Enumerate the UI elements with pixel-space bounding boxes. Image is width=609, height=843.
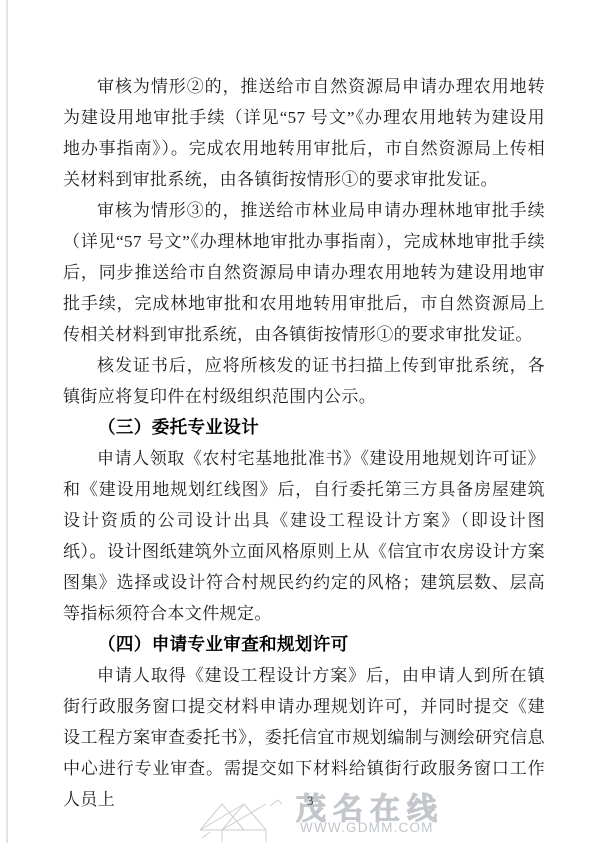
document-page: 审核为情形②的，推送给市自然资源局申请办理农用地转为建设用地审批手续（详见“57…	[0, 0, 609, 843]
document-body: 审核为情形②的，推送给市自然资源局申请办理农用地转为建设用地审批手续（详见“57…	[63, 71, 545, 815]
paragraph: 审核为情形②的，推送给市自然资源局申请办理农用地转为建设用地审批手续（详见“57…	[63, 71, 545, 195]
page-number: 3	[307, 794, 314, 808]
paragraph: 审核为情形③的，推送给市林业局申请办理林地审批手续（详见“57 号文”《办理林地…	[63, 195, 545, 350]
paragraph: 申请人领取《农村宅基地批准书》《建设用地规划许可证》和《建设用地规划红线图》后，…	[63, 443, 545, 629]
scan-edge-shadow	[6, 0, 8, 843]
section-heading: （三）委托专业设计	[63, 412, 545, 443]
paragraph: 核发证书后，应将所核发的证书扫描上传到审批系统，各镇街应将复印件在村级组织范围内…	[63, 350, 545, 412]
page-footer: 茂名在线 WWW.GDMM.COM 3	[0, 790, 609, 843]
watermark-triangles-logo-icon	[198, 798, 288, 843]
watermark-url-text: WWW.GDMM.COM	[300, 821, 434, 835]
section-heading: （四）申请专业审查和规划许可	[63, 629, 545, 660]
